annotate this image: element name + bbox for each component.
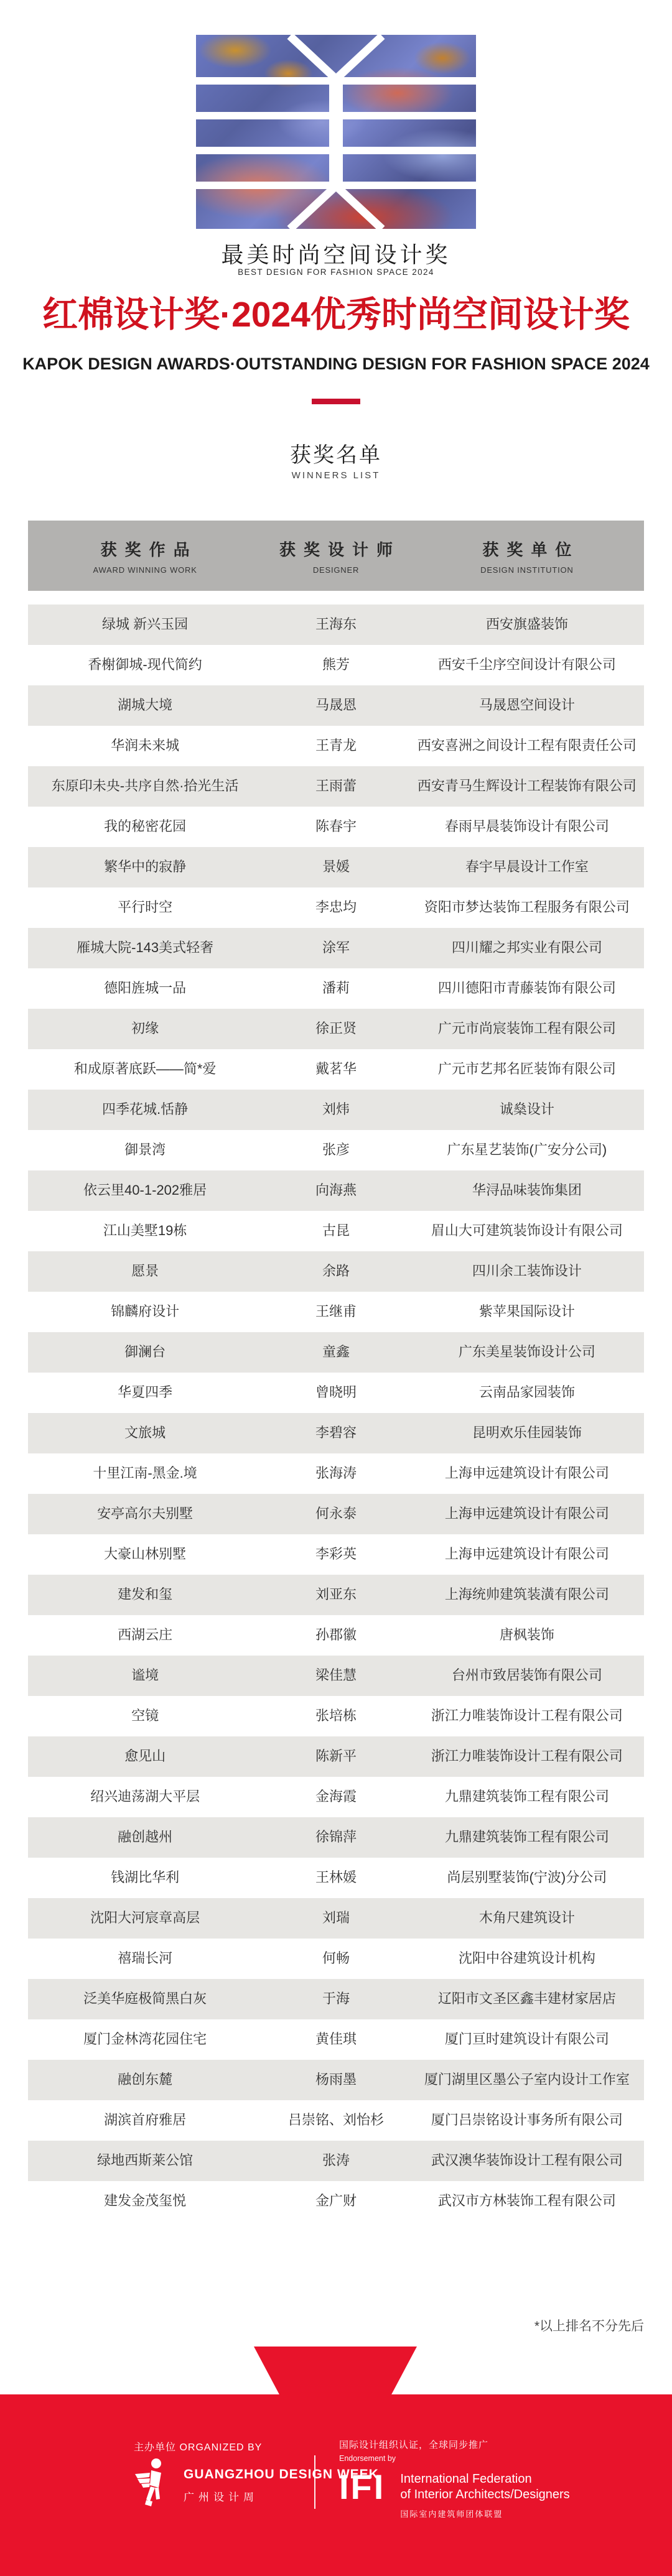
cell-work: 湖滨首府雅居 xyxy=(28,2113,262,2128)
cell-designer: 于海 xyxy=(262,1991,410,2006)
ranking-note: *以上排名不分先后 xyxy=(534,2316,644,2335)
ifi-name-line1: International Federation xyxy=(400,2472,569,2487)
column-header-sublabel: DESIGNER xyxy=(262,565,410,575)
cell-designer: 刘亚东 xyxy=(262,1587,410,1602)
cell-designer: 李忠均 xyxy=(262,900,410,915)
cell-institution: 眉山大可建筑装饰设计有限公司 xyxy=(410,1223,644,1238)
cell-designer: 刘炜 xyxy=(262,1102,410,1117)
cell-designer: 王继甫 xyxy=(262,1304,410,1319)
table-row: 十里江南-黑金.境张海涛上海申远建筑设计有限公司 xyxy=(28,1453,644,1494)
winners-table: 获奖作品 AWARD WINNING WORK 获奖设计师 DESIGNER 获… xyxy=(28,521,644,2222)
cell-work: 依云里40-1-202雅居 xyxy=(28,1183,262,1198)
cell-institution: 马晟恩空间设计 xyxy=(410,698,644,713)
cell-institution: 春宇早晨设计工作室 xyxy=(410,859,644,874)
cell-work: 我的秘密花园 xyxy=(28,819,262,834)
cell-work: 融创东麓 xyxy=(28,2072,262,2087)
cell-institution: 四川余工装饰设计 xyxy=(410,1264,644,1279)
table-row: 融创东麓杨雨墨厦门湖里区墨公子室内设计工作室 xyxy=(28,2060,644,2100)
cell-institution: 武汉澳华装饰设计工程有限公司 xyxy=(410,2153,644,2168)
cell-institution: 台州市致居装饰有限公司 xyxy=(410,1668,644,1683)
endorsement-label-en: Endorsement by xyxy=(339,2454,396,2463)
table-row: 愈见山陈新平浙江力唯装饰设计工程有限公司 xyxy=(28,1736,644,1777)
runner-figure-icon xyxy=(134,2458,170,2513)
cell-institution: 上海申远建筑设计有限公司 xyxy=(410,1547,644,1562)
cell-institution: 广东星艺装饰(广安分公司) xyxy=(410,1142,644,1157)
cell-work: 和成原著底跃——简*爱 xyxy=(28,1062,262,1077)
cell-designer: 黄佳琪 xyxy=(262,2032,410,2047)
cell-work: 平行时空 xyxy=(28,900,262,915)
table-row: 御澜台童鑫广东美星装饰设计公司 xyxy=(28,1332,644,1373)
logo-diagonal-slit xyxy=(334,35,385,81)
ifi-name-cn: 国际室内建筑师团体联盟 xyxy=(400,2508,569,2519)
table-row: 厦门金林湾花园住宅黄佳琪厦门亘时建筑设计有限公司 xyxy=(28,2019,644,2060)
cell-work: 钱湖比华利 xyxy=(28,1870,262,1885)
cell-designer: 金广财 xyxy=(262,2194,410,2208)
table-row: 建发金茂玺悦金广财武汉市方林装饰工程有限公司 xyxy=(28,2181,644,2222)
column-header-label: 获奖设计师 xyxy=(262,537,410,560)
cell-designer: 景媛 xyxy=(262,859,410,874)
cell-institution: 春雨早晨装饰设计有限公司 xyxy=(410,819,644,834)
column-header-work: 获奖作品 AWARD WINNING WORK xyxy=(28,537,262,575)
table-row: 融创越州徐锦萍九鼎建筑装饰工程有限公司 xyxy=(28,1817,644,1858)
endorsement-label-cn: 国际设计组织认证，全球同步推广 xyxy=(339,2438,488,2451)
cell-designer: 金海霞 xyxy=(262,1789,410,1804)
cell-institution: 西安喜洲之间设计工程有限责任公司 xyxy=(410,738,644,753)
table-row: 我的秘密花园陈春宇春雨早晨装饰设计有限公司 xyxy=(28,807,644,847)
divider-dash xyxy=(312,399,360,404)
logo-title: 最美时尚空间设计奖 xyxy=(0,238,672,269)
table-row: 香榭御城-现代简约熊芳西安千尘序空间设计有限公司 xyxy=(28,645,644,685)
table-row: 平行时空李忠均资阳市梦达装饰工程服务有限公司 xyxy=(28,887,644,928)
cell-institution: 唐枫装饰 xyxy=(410,1628,644,1642)
cell-institution: 上海统帅建筑装潢有限公司 xyxy=(410,1587,644,1602)
table-row: 御景湾张彦广东星艺装饰(广安分公司) xyxy=(28,1130,644,1170)
cell-work: 香榭御城-现代简约 xyxy=(28,657,262,672)
cell-designer: 马晟恩 xyxy=(262,698,410,713)
logo-diagonal-slit xyxy=(287,183,338,229)
cell-institution: 辽阳市文圣区鑫丰建材家居店 xyxy=(410,1991,644,2006)
cell-institution: 厦门吕崇铭设计事务所有限公司 xyxy=(410,2113,644,2128)
cell-institution: 广元市艺邦名匠装饰有限公司 xyxy=(410,1062,644,1077)
table-row: 和成原著底跃——简*爱戴茗华广元市艺邦名匠装饰有限公司 xyxy=(28,1049,644,1090)
cell-institution: 昆明欢乐佳园装饰 xyxy=(410,1425,644,1440)
cell-work: 绿城 新兴玉园 xyxy=(28,617,262,632)
cell-designer: 余路 xyxy=(262,1264,410,1279)
cell-institution: 广元市尚宸装饰工程有限公司 xyxy=(410,1021,644,1036)
table-row: 华润未来城王青龙西安喜洲之间设计工程有限责任公司 xyxy=(28,726,644,766)
cell-work: 德阳旌城一品 xyxy=(28,981,262,996)
footer-divider xyxy=(314,2455,315,2509)
cell-institution: 广东美星装饰设计公司 xyxy=(410,1345,644,1360)
cell-institution: 武汉市方林装饰工程有限公司 xyxy=(410,2194,644,2208)
table-row: 空镜张培栋浙江力唯装饰设计工程有限公司 xyxy=(28,1696,644,1736)
table-row: 沈阳大河宸章高层刘瑞木角尺建筑设计 xyxy=(28,1898,644,1939)
column-header-sublabel: DESIGN INSTITUTION xyxy=(410,565,644,575)
cell-institution: 上海申远建筑设计有限公司 xyxy=(410,1466,644,1481)
cell-designer: 古昆 xyxy=(262,1223,410,1238)
cell-designer: 吕崇铭、刘怡杉 xyxy=(262,2113,410,2128)
cell-designer: 徐正贤 xyxy=(262,1021,410,1036)
logo-subtitle: BEST DESIGN FOR FASHION SPACE 2024 xyxy=(0,267,672,277)
table-row: 西湖云庄孙郡徽唐枫装饰 xyxy=(28,1615,644,1656)
cell-designer: 李碧容 xyxy=(262,1425,410,1440)
cell-work: 禧瑞长河 xyxy=(28,1951,262,1966)
table-row: 绿地西斯莱公馆张涛武汉澳华装饰设计工程有限公司 xyxy=(28,2141,644,2181)
ifi-abbr: IFI xyxy=(339,2470,385,2503)
table-row: 江山美墅19栋古昆眉山大可建筑装饰设计有限公司 xyxy=(28,1211,644,1251)
cell-designer: 刘瑞 xyxy=(262,1911,410,1925)
cell-designer: 曾晓明 xyxy=(262,1385,410,1400)
cell-work: 华润未来城 xyxy=(28,738,262,753)
cell-designer: 向海燕 xyxy=(262,1183,410,1198)
red-ribbon-shape xyxy=(254,2347,417,2395)
cell-institution: 紫苹果国际设计 xyxy=(410,1304,644,1319)
cell-institution: 华浔品味装饰集团 xyxy=(410,1183,644,1198)
table-body: 绿城 新兴玉园王海东西安旗盛装饰香榭御城-现代简约熊芳西安千尘序空间设计有限公司… xyxy=(28,605,644,2222)
cell-designer: 潘莉 xyxy=(262,981,410,996)
column-header-sublabel: AWARD WINNING WORK xyxy=(28,565,262,575)
table-row: 大豪山林别墅李彩英上海申远建筑设计有限公司 xyxy=(28,1534,644,1575)
cell-designer: 何畅 xyxy=(262,1951,410,1966)
cell-designer: 陈新平 xyxy=(262,1749,410,1764)
cell-institution: 厦门亘时建筑设计有限公司 xyxy=(410,2032,644,2047)
ifi-logotype: International Federation of Interior Arc… xyxy=(400,2472,569,2519)
cell-institution: 诚燊设计 xyxy=(410,1102,644,1117)
cell-designer: 王青龙 xyxy=(262,738,410,753)
table-row: 德阳旌城一品潘莉四川德阳市青藤装饰有限公司 xyxy=(28,968,644,1009)
cell-work: 愈见山 xyxy=(28,1749,262,1764)
column-header-label: 获奖单位 xyxy=(410,537,644,560)
table-row: 文旅城李碧容昆明欢乐佳园装饰 xyxy=(28,1413,644,1453)
cell-designer: 王林媛 xyxy=(262,1870,410,1885)
table-row: 湖城大境马晟恩马晟恩空间设计 xyxy=(28,685,644,726)
organized-by-label: 主办单位 ORGANIZED BY xyxy=(134,2439,262,2453)
cell-work: 东原印未央-共序自然·拾光生活 xyxy=(28,779,262,794)
cell-designer: 王海东 xyxy=(262,617,410,632)
cell-work: 雁城大院-143美式轻奢 xyxy=(28,940,262,955)
cell-work: 厦门金林湾花园住宅 xyxy=(28,2032,262,2047)
logo-diagonal-slit xyxy=(287,35,338,81)
cell-work: 绍兴迪荡湖大平层 xyxy=(28,1789,262,1804)
cell-work: 文旅城 xyxy=(28,1425,262,1440)
table-row: 依云里40-1-202雅居向海燕华浔品味装饰集团 xyxy=(28,1170,644,1211)
cell-institution: 四川耀之邦实业有限公司 xyxy=(410,940,644,955)
table-row: 华夏四季曾晓明云南品家园装饰 xyxy=(28,1373,644,1413)
cell-institution: 西安旗盛装饰 xyxy=(410,617,644,632)
table-row: 四季花城.恬静刘炜诚燊设计 xyxy=(28,1090,644,1130)
table-row: 愿景余路四川余工装饰设计 xyxy=(28,1251,644,1292)
cell-work: 泛美华庭极简黑白灰 xyxy=(28,1991,262,2006)
column-header-institution: 获奖单位 DESIGN INSTITUTION xyxy=(410,537,644,575)
poster-page: 最美时尚空间设计奖 BEST DESIGN FOR FASHION SPACE … xyxy=(0,0,672,2576)
ifi-name-line2: of Interior Architects/Designers xyxy=(400,2487,569,2503)
cell-designer: 张培栋 xyxy=(262,1708,410,1723)
cell-institution: 四川德阳市青藤装饰有限公司 xyxy=(410,981,644,996)
table-row: 绿城 新兴玉园王海东西安旗盛装饰 xyxy=(28,605,644,645)
cell-designer: 王雨蕾 xyxy=(262,779,410,794)
cell-work: 建发和玺 xyxy=(28,1587,262,1602)
cell-work: 十里江南-黑金.境 xyxy=(28,1466,262,1481)
cell-work: 西湖云庄 xyxy=(28,1628,262,1642)
table-row: 初缘徐正贤广元市尚宸装饰工程有限公司 xyxy=(28,1009,644,1049)
cell-institution: 浙江力唯装饰设计工程有限公司 xyxy=(410,1708,644,1723)
footer-band: 主办单位 ORGANIZED BY GUA xyxy=(0,2394,672,2576)
cell-designer: 李彩英 xyxy=(262,1547,410,1562)
cell-institution: 九鼎建筑装饰工程有限公司 xyxy=(410,1830,644,1845)
cell-designer: 张海涛 xyxy=(262,1466,410,1481)
page-title: 红棉设计奖·2024优秀时尚空间设计奖 xyxy=(0,295,672,336)
table-row: 禧瑞长河何畅沈阳中谷建筑设计机构 xyxy=(28,1939,644,1979)
cell-designer: 涂军 xyxy=(262,940,410,955)
table-row: 建发和玺刘亚东上海统帅建筑装潢有限公司 xyxy=(28,1575,644,1615)
kapok-painted-logo xyxy=(196,35,476,229)
logo-diagonal-slit xyxy=(334,183,385,229)
cell-work: 绿地西斯莱公馆 xyxy=(28,2153,262,2168)
logo-center-gap xyxy=(329,85,343,189)
cell-work: 御澜台 xyxy=(28,1345,262,1360)
table-row: 绍兴迪荡湖大平层金海霞九鼎建筑装饰工程有限公司 xyxy=(28,1777,644,1817)
cell-institution: 木角尺建筑设计 xyxy=(410,1911,644,1925)
cell-designer: 陈春宇 xyxy=(262,819,410,834)
cell-work: 愿景 xyxy=(28,1264,262,1279)
cell-institution: 沈阳中谷建筑设计机构 xyxy=(410,1951,644,1966)
page-subtitle: KAPOK DESIGN AWARDS·OUTSTANDING DESIGN F… xyxy=(0,354,672,374)
cell-institution: 九鼎建筑装饰工程有限公司 xyxy=(410,1789,644,1804)
cell-designer: 张彦 xyxy=(262,1142,410,1157)
cell-institution: 云南品家园装饰 xyxy=(410,1385,644,1400)
cell-work: 大豪山林别墅 xyxy=(28,1547,262,1562)
table-row: 安亭高尔夫别墅何永泰上海申远建筑设计有限公司 xyxy=(28,1494,644,1534)
table-row: 泛美华庭极简黑白灰于海辽阳市文圣区鑫丰建材家居店 xyxy=(28,1979,644,2019)
cell-work: 锦麟府设计 xyxy=(28,1304,262,1319)
column-header-label: 获奖作品 xyxy=(28,537,262,560)
cell-institution: 资阳市梦达装饰工程服务有限公司 xyxy=(410,900,644,915)
cell-work: 安亭高尔夫别墅 xyxy=(28,1506,262,1521)
cell-work: 谧境 xyxy=(28,1668,262,1683)
table-row: 锦麟府设计王继甫紫苹果国际设计 xyxy=(28,1292,644,1332)
cell-work: 繁华中的寂静 xyxy=(28,859,262,874)
cell-work: 湖城大境 xyxy=(28,698,262,713)
cell-work: 四季花城.恬静 xyxy=(28,1102,262,1117)
cell-institution: 西安青马生辉设计工程装饰有限公司 xyxy=(410,779,644,794)
table-row: 谧境梁佳慧台州市致居装饰有限公司 xyxy=(28,1656,644,1696)
section-subtitle: WINNERS LIST xyxy=(0,470,672,481)
ifi-logo: IFI International Federation of Interior… xyxy=(339,2470,570,2519)
table-row: 东原印未央-共序自然·拾光生活王雨蕾西安青马生辉设计工程装饰有限公司 xyxy=(28,766,644,807)
cell-designer: 梁佳慧 xyxy=(262,1668,410,1683)
cell-institution: 上海申远建筑设计有限公司 xyxy=(410,1506,644,1521)
cell-work: 华夏四季 xyxy=(28,1385,262,1400)
table-row: 湖滨首府雅居吕崇铭、刘怡杉厦门吕崇铭设计事务所有限公司 xyxy=(28,2100,644,2141)
cell-institution: 浙江力唯装饰设计工程有限公司 xyxy=(410,1749,644,1764)
cell-designer: 戴茗华 xyxy=(262,1062,410,1077)
cell-designer: 孙郡徽 xyxy=(262,1628,410,1642)
table-row: 钱湖比华利王林媛尚层别墅装饰(宁波)分公司 xyxy=(28,1858,644,1898)
cell-designer: 熊芳 xyxy=(262,657,410,672)
cell-designer: 张涛 xyxy=(262,2153,410,2168)
cell-work: 沈阳大河宸章高层 xyxy=(28,1911,262,1925)
cell-work: 江山美墅19栋 xyxy=(28,1223,262,1238)
table-header: 获奖作品 AWARD WINNING WORK 获奖设计师 DESIGNER 获… xyxy=(28,521,644,591)
cell-designer: 杨雨墨 xyxy=(262,2072,410,2087)
table-row: 繁华中的寂静景媛春宇早晨设计工作室 xyxy=(28,847,644,887)
cell-work: 空镜 xyxy=(28,1708,262,1723)
cell-institution: 西安千尘序空间设计有限公司 xyxy=(410,657,644,672)
cell-work: 融创越州 xyxy=(28,1830,262,1845)
table-row: 雁城大院-143美式轻奢涂军四川耀之邦实业有限公司 xyxy=(28,928,644,968)
cell-designer: 童鑫 xyxy=(262,1345,410,1360)
cell-designer: 徐锦萍 xyxy=(262,1830,410,1845)
cell-work: 初缘 xyxy=(28,1021,262,1036)
cell-work: 御景湾 xyxy=(28,1142,262,1157)
cell-designer: 何永泰 xyxy=(262,1506,410,1521)
cell-institution: 尚层别墅装饰(宁波)分公司 xyxy=(410,1870,644,1885)
cell-institution: 厦门湖里区墨公子室内设计工作室 xyxy=(410,2072,644,2087)
column-header-designer: 获奖设计师 DESIGNER xyxy=(262,537,410,575)
cell-work: 建发金茂玺悦 xyxy=(28,2194,262,2208)
section-title: 获奖名单 xyxy=(0,438,672,468)
